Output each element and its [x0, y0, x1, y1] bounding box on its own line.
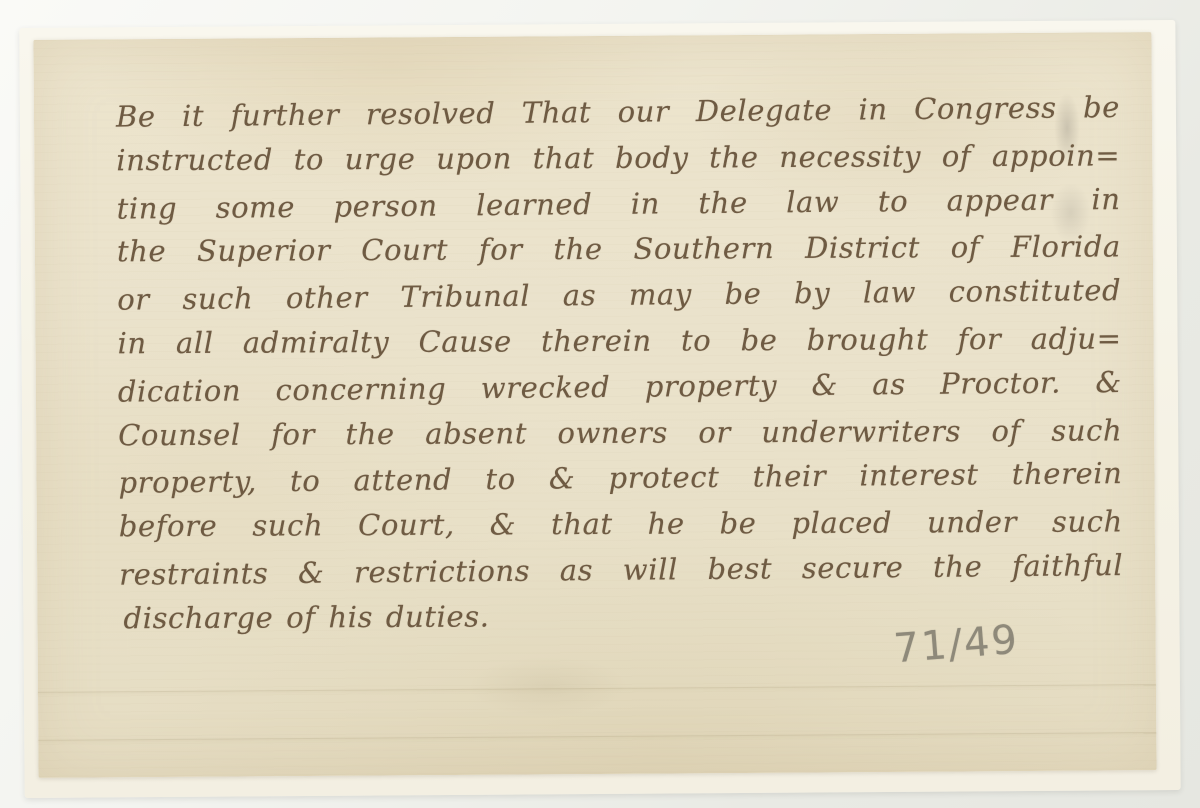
manuscript-line: Be it further resolved That our Delegate…: [116, 85, 1120, 140]
paper-crease: [38, 684, 1156, 693]
manuscript-line: or such other Tribunal as may be by law …: [117, 268, 1121, 323]
manuscript-line: instructed to urge upon that body the ne…: [116, 133, 1120, 184]
pencil-annotation: 71/49: [892, 617, 1020, 672]
ink-smudge: [468, 656, 628, 717]
paper-crease: [38, 732, 1156, 741]
manuscript-line: Counsel for the absent owners or underwr…: [118, 408, 1122, 459]
manuscript-line: restraints & restrictions as will best s…: [119, 543, 1123, 598]
manuscript-line: property, to attend to & protect their i…: [118, 451, 1122, 506]
manuscript-line: the Superior Court for the Southern Dist…: [117, 225, 1121, 276]
manuscript-scan: Be it further resolved That our Delegate…: [0, 0, 1200, 808]
manuscript-line: dication concerning wrecked property & a…: [118, 360, 1122, 415]
manuscript-line: in all admiralty Cause therein to be bro…: [117, 316, 1121, 367]
paper-sheet: Be it further resolved That our Delegate…: [33, 32, 1156, 778]
manuscript-text: Be it further resolved That our Delegate…: [116, 86, 1124, 643]
manuscript-line: ting some person learned in the law to a…: [116, 177, 1120, 232]
manuscript-line: before such Court, & that he be placed u…: [119, 500, 1123, 551]
